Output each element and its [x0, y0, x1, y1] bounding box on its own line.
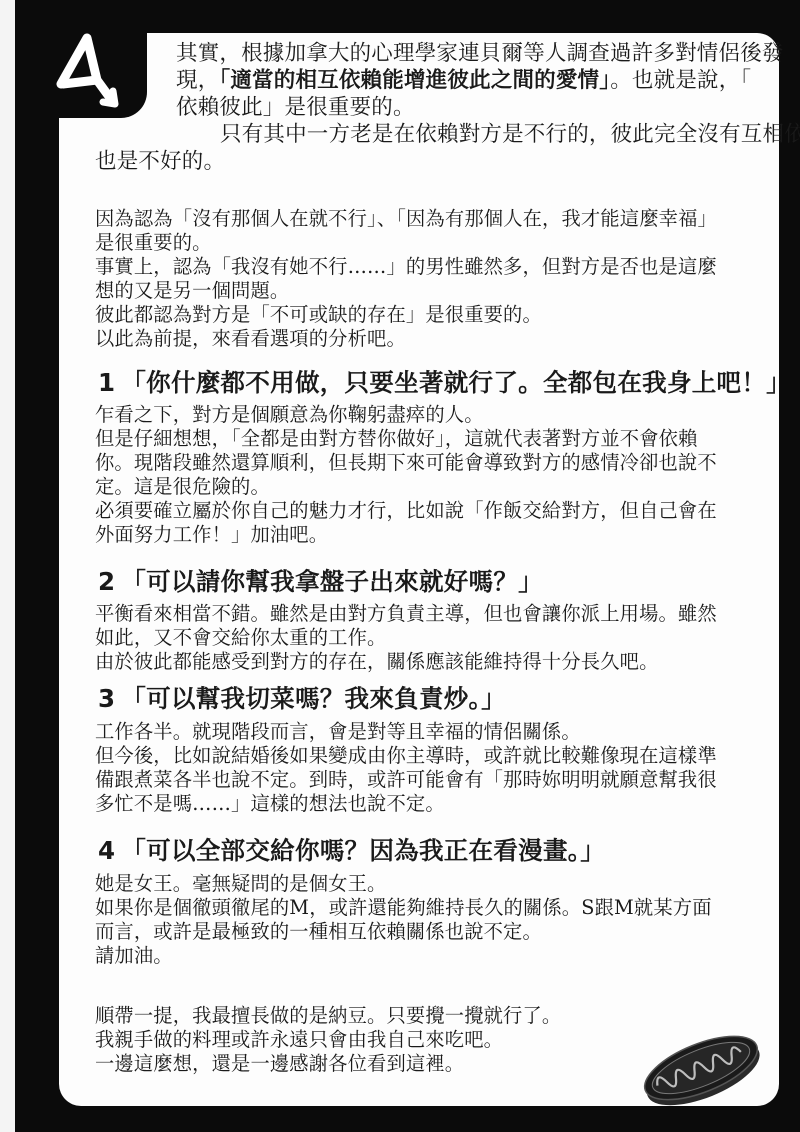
- option-2-heading: 2「可以請你幫我拿盤子出來就好嗎？」: [98, 563, 543, 598]
- mitochondria-illustration-icon: [636, 1028, 766, 1108]
- option-1-line-6: 外面努力工作！」加油吧。: [95, 519, 328, 547]
- option-1-title: 「你什麼都不用做，只要坐著就行了。全都包在我身上吧！」: [121, 368, 791, 397]
- afterword-line-3: 一邊這麼想，還是一邊感謝各位看到這裡。: [95, 1048, 464, 1076]
- option-4-line-4: 請加油。: [95, 940, 173, 968]
- option-3-number: 3: [98, 684, 115, 713]
- section-marker-tab: [15, 8, 147, 118]
- option-3-line-4: 多忙不是嗎……」這樣的想法也說不定。: [95, 788, 445, 816]
- preface-line-6: 以此為前提，來看看選項的分析吧。: [95, 323, 406, 351]
- option-1-number: 1: [98, 368, 115, 397]
- intro-line-5: 也是不好的。: [95, 144, 225, 175]
- option-2-title: 「可以請你幫我拿盤子出來就好嗎？」: [121, 567, 543, 596]
- option-3-title: 「可以幫我切菜嗎？我來負責炒。」: [121, 684, 506, 713]
- option-4-number: 4: [98, 836, 115, 865]
- intro-line-4: 只有其中一方老是在依賴對方是不行的，彼此完全沒有互相依賴: [220, 117, 800, 148]
- page-margin: [0, 0, 15, 1132]
- option-1-heading: 1「你什麼都不用做，只要坐著就行了。全都包在我身上吧！」: [98, 364, 791, 399]
- option-2-line-3: 由於彼此都能感受到對方的存在，關係應該能維持得十分長久吧。: [95, 646, 659, 674]
- intro-line-2-suffix: 。也就是說，「: [610, 68, 751, 93]
- arrow-a-logo-icon: [53, 28, 123, 108]
- option-4-title: 「可以全部交給你嗎？因為我正在看漫畫。」: [121, 836, 605, 865]
- option-3-heading: 3「可以幫我切菜嗎？我來負責炒。」: [98, 680, 506, 715]
- option-4-heading: 4「可以全部交給你嗎？因為我正在看漫畫。」: [98, 832, 605, 867]
- option-2-number: 2: [98, 567, 115, 596]
